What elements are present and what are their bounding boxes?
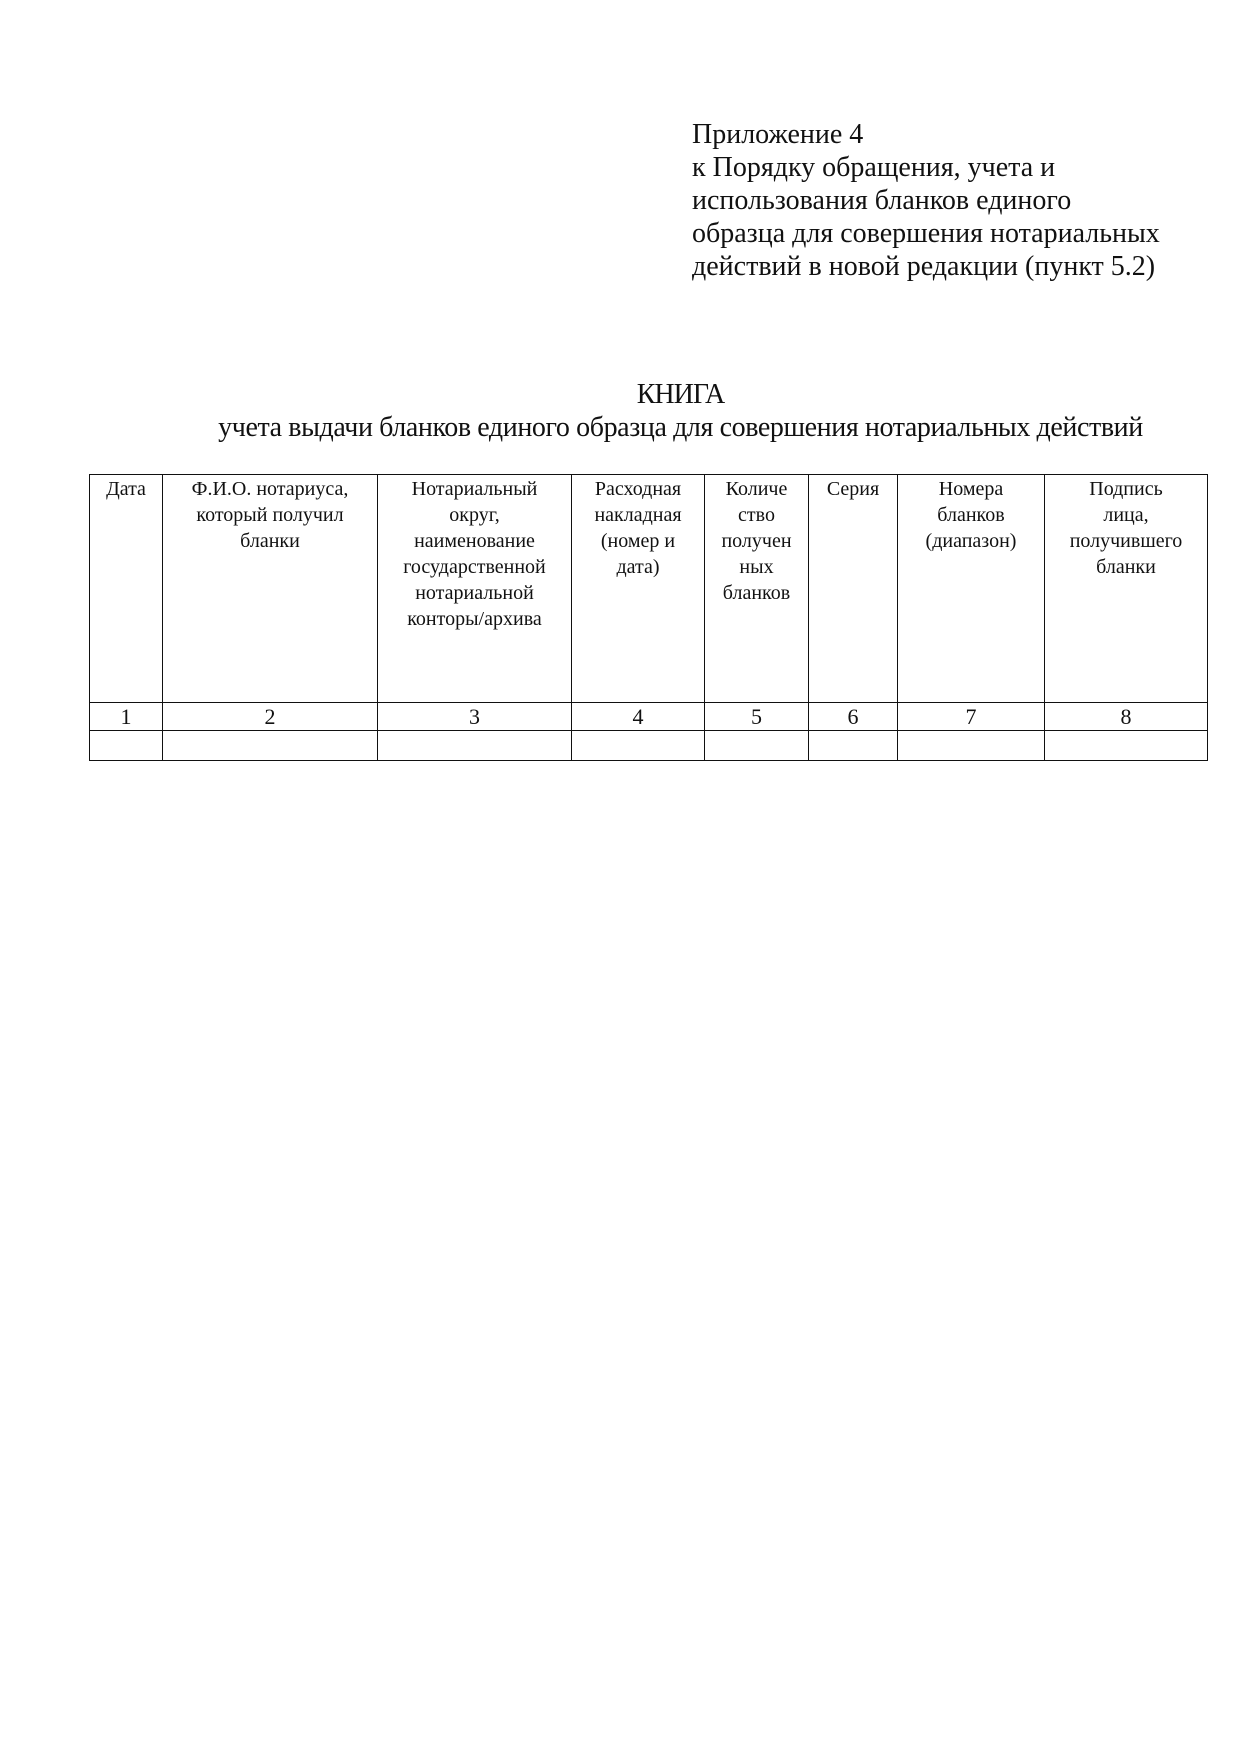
table-header-row: ДатаФ.И.О. нотариуса,который получилблан… bbox=[90, 475, 1208, 703]
column-header-line: Номера bbox=[898, 476, 1044, 502]
column-header: Количествополученныхбланков bbox=[705, 475, 809, 703]
table-cell[interactable] bbox=[898, 731, 1045, 761]
column-header: Нотариальныйокруг,наименованиегосударств… bbox=[378, 475, 572, 703]
column-header-line: накладная bbox=[572, 502, 704, 528]
column-header-line: нотариальной bbox=[378, 580, 571, 606]
column-header-line: бланков bbox=[705, 580, 808, 606]
table-cell[interactable] bbox=[572, 731, 705, 761]
column-header-line: наименование bbox=[378, 528, 571, 554]
annex-line: действий в новой редакции (пункт 5.2) bbox=[692, 250, 1160, 283]
title-main: КНИГА bbox=[0, 378, 1241, 411]
table-cell[interactable] bbox=[90, 731, 163, 761]
column-header-line: лица, bbox=[1045, 502, 1207, 528]
table-cell[interactable] bbox=[809, 731, 898, 761]
table-cell[interactable] bbox=[705, 731, 809, 761]
column-number: 7 bbox=[898, 703, 1045, 731]
column-header: Ф.И.О. нотариуса,который получилбланки bbox=[163, 475, 378, 703]
table-cell[interactable] bbox=[163, 731, 378, 761]
annex-line: Приложение 4 bbox=[692, 118, 1160, 151]
annex-line: использования бланков единого bbox=[692, 184, 1160, 217]
column-header: Серия bbox=[809, 475, 898, 703]
column-number: 5 bbox=[705, 703, 809, 731]
column-header-line: Подпись bbox=[1045, 476, 1207, 502]
column-header-line: округ, bbox=[378, 502, 571, 528]
column-header-line: Нотариальный bbox=[378, 476, 571, 502]
ledger-table: ДатаФ.И.О. нотариуса,который получилблан… bbox=[89, 474, 1208, 761]
column-number-row: 12345678 bbox=[90, 703, 1208, 731]
column-header-line: (номер и bbox=[572, 528, 704, 554]
column-header-line: получен bbox=[705, 528, 808, 554]
column-number: 1 bbox=[90, 703, 163, 731]
column-header-line: ных bbox=[705, 554, 808, 580]
column-header-line: дата) bbox=[572, 554, 704, 580]
column-header-line: государственной bbox=[378, 554, 571, 580]
column-header-line: Количе bbox=[705, 476, 808, 502]
column-header-line: (диапазон) bbox=[898, 528, 1044, 554]
column-header-line: бланки bbox=[163, 528, 377, 554]
column-number: 6 bbox=[809, 703, 898, 731]
column-number: 8 bbox=[1045, 703, 1208, 731]
column-number: 3 bbox=[378, 703, 572, 731]
column-header-line: Серия bbox=[809, 476, 897, 502]
table-cell[interactable] bbox=[378, 731, 572, 761]
column-number: 4 bbox=[572, 703, 705, 731]
annex-line: образца для совершения нотариальных bbox=[692, 217, 1160, 250]
column-header: Расходнаянакладная(номер идата) bbox=[572, 475, 705, 703]
table-cell[interactable] bbox=[1045, 731, 1208, 761]
column-header-line: ство bbox=[705, 502, 808, 528]
column-header-line: который получил bbox=[163, 502, 377, 528]
column-header-line: Дата bbox=[90, 476, 162, 502]
column-header-line: бланков bbox=[898, 502, 1044, 528]
column-header: Подписьлица,получившегобланки bbox=[1045, 475, 1208, 703]
document-title: КНИГА учета выдачи бланков единого образ… bbox=[0, 378, 1241, 444]
column-header: Номерабланков(диапазон) bbox=[898, 475, 1045, 703]
column-header-line: конторы/архива bbox=[378, 606, 571, 632]
column-number: 2 bbox=[163, 703, 378, 731]
column-header-line: Расходная bbox=[572, 476, 704, 502]
column-header: Дата bbox=[90, 475, 163, 703]
annex-line: к Порядку обращения, учета и bbox=[692, 151, 1160, 184]
table-row bbox=[90, 731, 1208, 761]
column-header-line: бланки bbox=[1045, 554, 1207, 580]
annex-reference: Приложение 4 к Порядку обращения, учета … bbox=[692, 118, 1160, 283]
title-subtitle: учета выдачи бланков единого образца для… bbox=[0, 411, 1241, 444]
column-header-line: Ф.И.О. нотариуса, bbox=[163, 476, 377, 502]
column-header-line: получившего bbox=[1045, 528, 1207, 554]
